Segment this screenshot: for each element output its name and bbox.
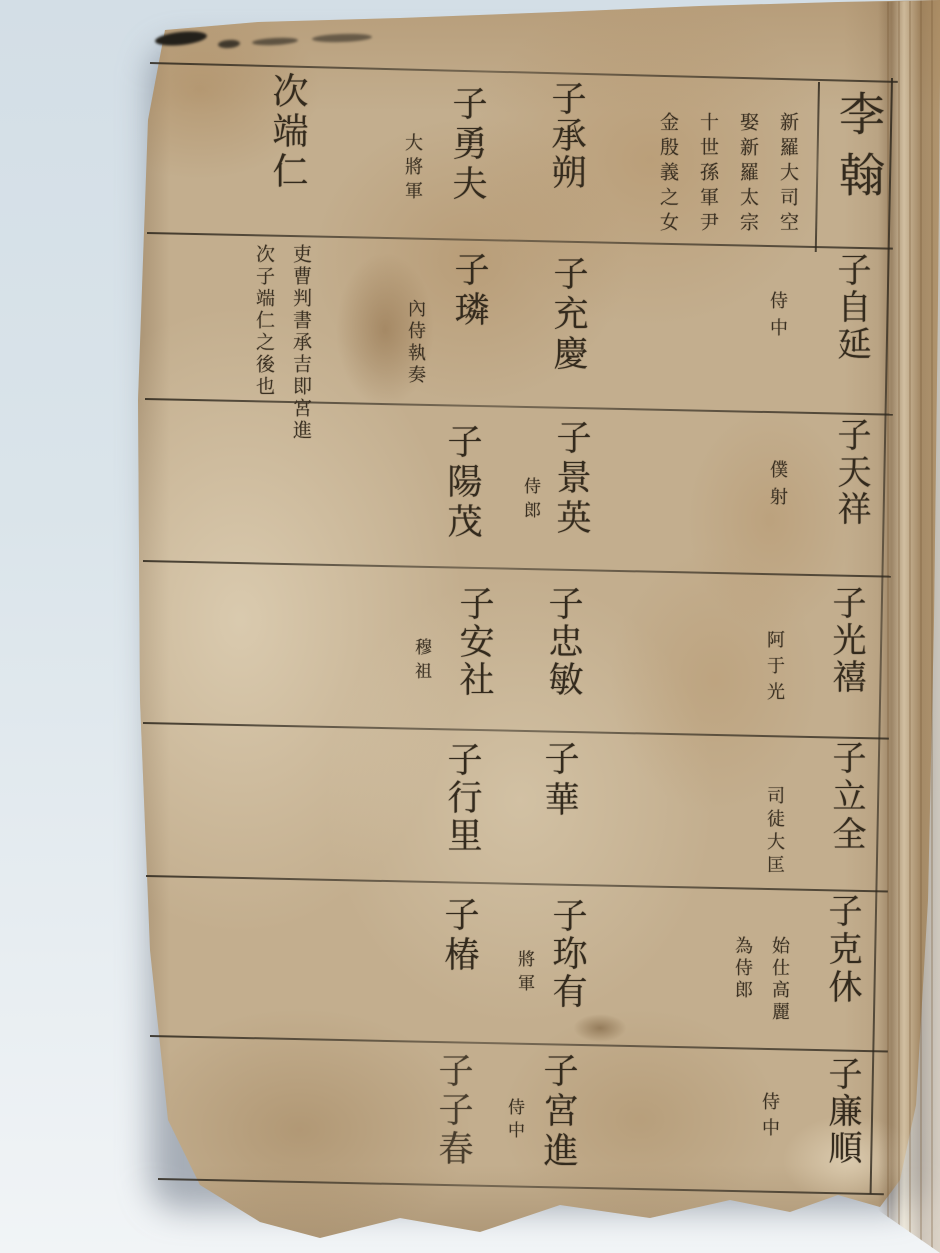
entry-jin-yu-notes: 將軍 xyxy=(512,950,537,998)
note-line: 侍中 xyxy=(756,1092,782,1144)
entry-gyeong-yeong-notes: 侍郎 xyxy=(518,477,543,525)
note-line: 阿于光 xyxy=(761,630,787,708)
entry-chung-gyeong: 子充慶 xyxy=(543,255,593,375)
entry-haeng-ni: 子行里 xyxy=(437,741,487,855)
entry-hwa: 子華 xyxy=(534,740,584,822)
entry-seung-sak: 子承朔 xyxy=(541,80,591,191)
entry-geuk-hyu: 子克休 xyxy=(818,893,867,1007)
entry-chung-min: 子忠敏 xyxy=(538,585,588,699)
entry-an-sa-notes: 穆祖 xyxy=(409,638,434,686)
note-line: 穆祖 xyxy=(409,638,434,686)
entry-ip-jeon-notes: 司徒大匡 xyxy=(761,786,787,878)
note-line: 內侍執奏 xyxy=(402,299,428,387)
photo-background: 李翰 新羅大司空 娶新羅太宗 十世孫軍尹 金殷義之女 子自延 侍中 子天祥 僕射… xyxy=(0,0,940,1253)
note-line: 吏曹判書承吉即宮進 xyxy=(288,244,315,442)
entry-dan-in: 次端仁 xyxy=(262,72,313,192)
entry-yang-mu: 子陽茂 xyxy=(437,423,487,543)
entry-li-han: 李翰 xyxy=(826,90,892,212)
entry-cheon-sang-notes: 僕射 xyxy=(764,460,790,514)
entry-ja-yeon: 子自延 xyxy=(827,252,876,363)
entry-chun: 子椿 xyxy=(434,896,484,976)
note-line: 娶新羅太宗 xyxy=(735,112,762,237)
entry-gwang-hui-notes: 阿于光 xyxy=(761,630,787,708)
entry-cheon-sang: 子天祥 xyxy=(827,417,876,528)
entry-gung-jin-notes: 侍中 xyxy=(502,1098,527,1144)
entry-yong-bu: 子勇夫 xyxy=(442,85,492,205)
note-line: 大將軍 xyxy=(399,133,425,205)
entry-rin: 子璘 xyxy=(444,251,494,331)
entry-ja-chun: 子子春 xyxy=(428,1052,478,1169)
entry-rin-notes: 內侍執奏 xyxy=(402,299,428,387)
entry-gwang-hui: 子光禧 xyxy=(822,585,871,696)
entry-yeom-sun: 子廉順 xyxy=(818,1056,867,1167)
entry-yeom-sun-notes: 侍中 xyxy=(756,1092,782,1144)
note-line: 新羅大司空 xyxy=(775,112,802,237)
entry-yong-bu-notes: 大將軍 xyxy=(399,133,425,205)
entry-gung-jin: 子宮進 xyxy=(533,1052,583,1172)
note-line: 始仕高麗 xyxy=(766,936,792,1024)
note-line: 十世孫軍尹 xyxy=(695,112,722,237)
note-line: 金殷義之女 xyxy=(655,112,682,237)
entry-ip-jeon: 子立全 xyxy=(822,740,871,854)
note-line: 僕射 xyxy=(764,460,790,514)
note-line: 司徒大匡 xyxy=(761,786,787,878)
entry-dan-in-notes: 吏曹判書承吉即宮進 次子端仁之後也 xyxy=(251,244,315,442)
entry-jin-yu: 子珎有 xyxy=(542,897,592,1011)
note-line: 侍中 xyxy=(764,291,790,345)
entry-ja-yeon-notes: 侍中 xyxy=(764,291,790,345)
entry-li-han-notes: 新羅大司空 娶新羅太宗 十世孫軍尹 金殷義之女 xyxy=(655,112,802,237)
note-line: 將軍 xyxy=(512,950,537,998)
entry-geuk-hyu-notes: 始仕高麗 為侍郎 xyxy=(729,936,792,1024)
note-line: 侍郎 xyxy=(518,477,543,525)
entry-gyeong-yeong: 子景英 xyxy=(546,419,596,539)
entry-an-sa: 子安社 xyxy=(449,585,499,699)
note-line: 侍中 xyxy=(502,1098,527,1144)
note-line: 次子端仁之後也 xyxy=(251,244,278,442)
note-line: 為侍郎 xyxy=(729,936,755,1024)
